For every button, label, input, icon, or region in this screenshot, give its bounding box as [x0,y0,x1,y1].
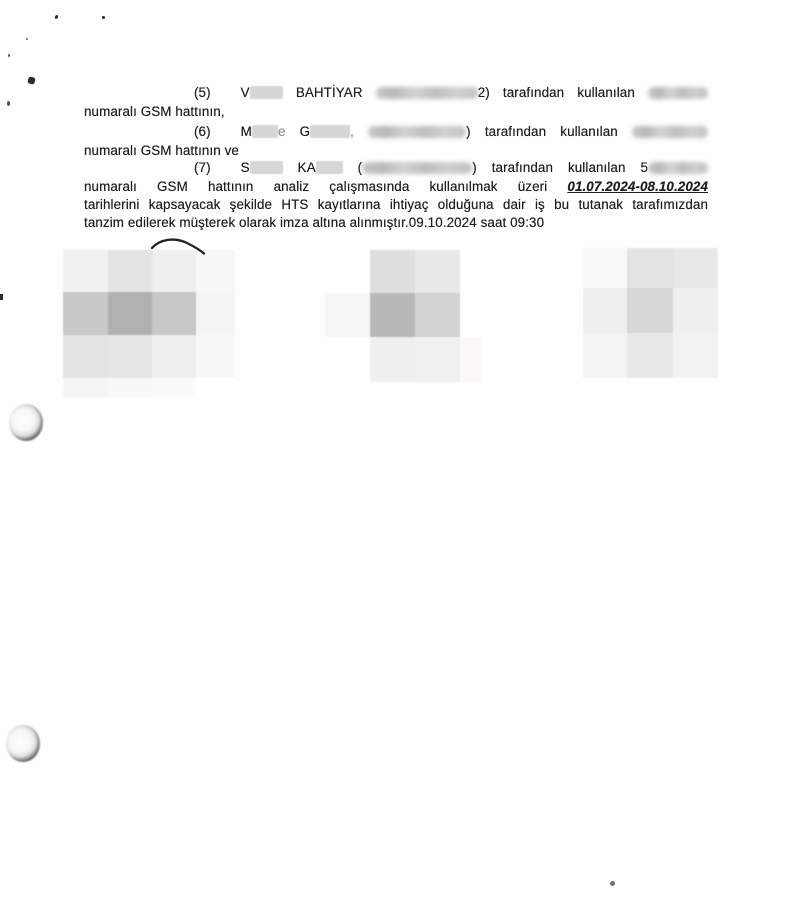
tab-gap [211,86,241,99]
signature-block-1 [63,250,235,397]
name-initial: S [241,160,250,175]
redaction-blur-msisdn [648,87,708,99]
signature-pixel [108,378,152,397]
signature-pixel [415,250,460,293]
signature-pixel [196,378,235,397]
signature-pixel [673,248,718,288]
item-number: (7) [194,160,211,175]
dust-speck [102,16,105,19]
redaction-blur-id [376,87,478,99]
dust-speck [26,38,28,40]
signature-pixel [673,288,718,333]
signature-pixel [627,288,673,333]
paragraph-item-6-line: (6)Me G, ) tarafından kullanılan [84,124,708,139]
line-text: 2) tarafından kullanılan [478,85,635,100]
signature-block-3 [583,248,718,378]
redaction-blur-msisdn [648,162,708,174]
closing-line-2: tarihlerini kapsayacak şekilde HTS kayıt… [84,197,708,212]
signature-pixel [196,335,235,378]
signature-pixel [325,250,370,293]
signature-pixel [325,293,370,337]
signature-pixel [583,248,627,288]
line-text: tanzim edilerek müşterek olarak imza alt… [84,215,544,230]
dust-speck [8,54,10,57]
signature-pixel [460,337,482,382]
signature-pixel [673,333,718,378]
line-text: numaralı GSM hattının, [84,104,225,119]
line-text: tarihlerini kapsayacak şekilde HTS kayıt… [84,197,708,212]
item-number: (6) [194,124,211,139]
paragraph-item-6-wrap: numaralı GSM hattının ve [84,143,708,158]
signature-pixel [583,288,627,333]
tab-gap [211,161,241,174]
signature-pixel [460,250,482,293]
paragraph-item-7-line: (7)S KA () tarafından kullanılan 5 [84,160,708,175]
signature-pixel [108,292,152,335]
signature-pixel [152,335,196,378]
name-initial: M [241,124,252,139]
signature-pixel [370,337,415,382]
redaction-box [250,161,283,174]
redaction-box [310,125,350,138]
surname: G [300,124,311,139]
redaction-box [252,125,278,138]
surname: KA [298,160,316,175]
signature-pixel [370,250,415,293]
dust-speck [610,881,615,886]
signature-pixel [583,333,627,378]
signature-pixel [63,250,108,292]
signature-pixel [325,337,370,382]
signature-pixel [63,292,108,335]
date-range: 01.07.2024-08.10.2024 [567,179,708,194]
dust-speck [27,76,36,85]
redaction-blur-id [362,162,472,174]
paragraph-item-5-wrap: numaralı GSM hattının, [84,104,708,119]
signature-pixel [108,335,152,378]
closing-line-1: numaralı GSM hattının analiz çalışmasınd… [84,179,708,194]
signature-pixel [152,292,196,335]
punch-hole [9,404,43,441]
redaction-blur-id [368,126,466,138]
item-number: (5) [194,85,211,100]
scanned-document-page: (5)V BAHTİYAR 2) tarafından kullanılan n… [0,0,810,900]
signature-pixel [196,292,235,335]
signature-block-2 [325,250,482,382]
surname: BAHTİYAR [296,85,363,100]
redaction-box [316,161,343,174]
line-text: ) tarafından kullanılan [466,124,618,139]
signature-pixel [63,335,108,378]
redaction-blur-msisdn [632,126,708,138]
name-initial: V [241,85,250,100]
dust-speck [54,15,59,20]
paragraph-item-5-line: (5)V BAHTİYAR 2) tarafından kullanılan [84,85,708,100]
dust-speck [0,294,3,300]
ghost-letter: e [278,124,286,139]
line-text: numaralı GSM hattının analiz çalışmasınd… [84,179,547,194]
punch-hole [6,725,40,762]
signature-pixel [415,337,460,382]
pen-stroke [149,237,209,257]
signature-pixel [627,333,673,378]
signature-pixel [108,250,152,292]
signature-pixel [415,293,460,337]
redaction-box [250,86,283,99]
tab-gap [211,125,241,138]
signature-pixel [460,293,482,337]
dust-speck [7,101,10,106]
signature-pixel [152,378,196,397]
signature-pixel [370,293,415,337]
signature-pixel [63,378,108,397]
line-text: ) tarafından kullanılan 5 [472,160,648,175]
line-text: numaralı GSM hattının ve [84,143,239,158]
signature-pixel [627,248,673,288]
ghost-comma: , [350,124,354,139]
closing-line-3: tanzim edilerek müşterek olarak imza alt… [84,215,708,230]
